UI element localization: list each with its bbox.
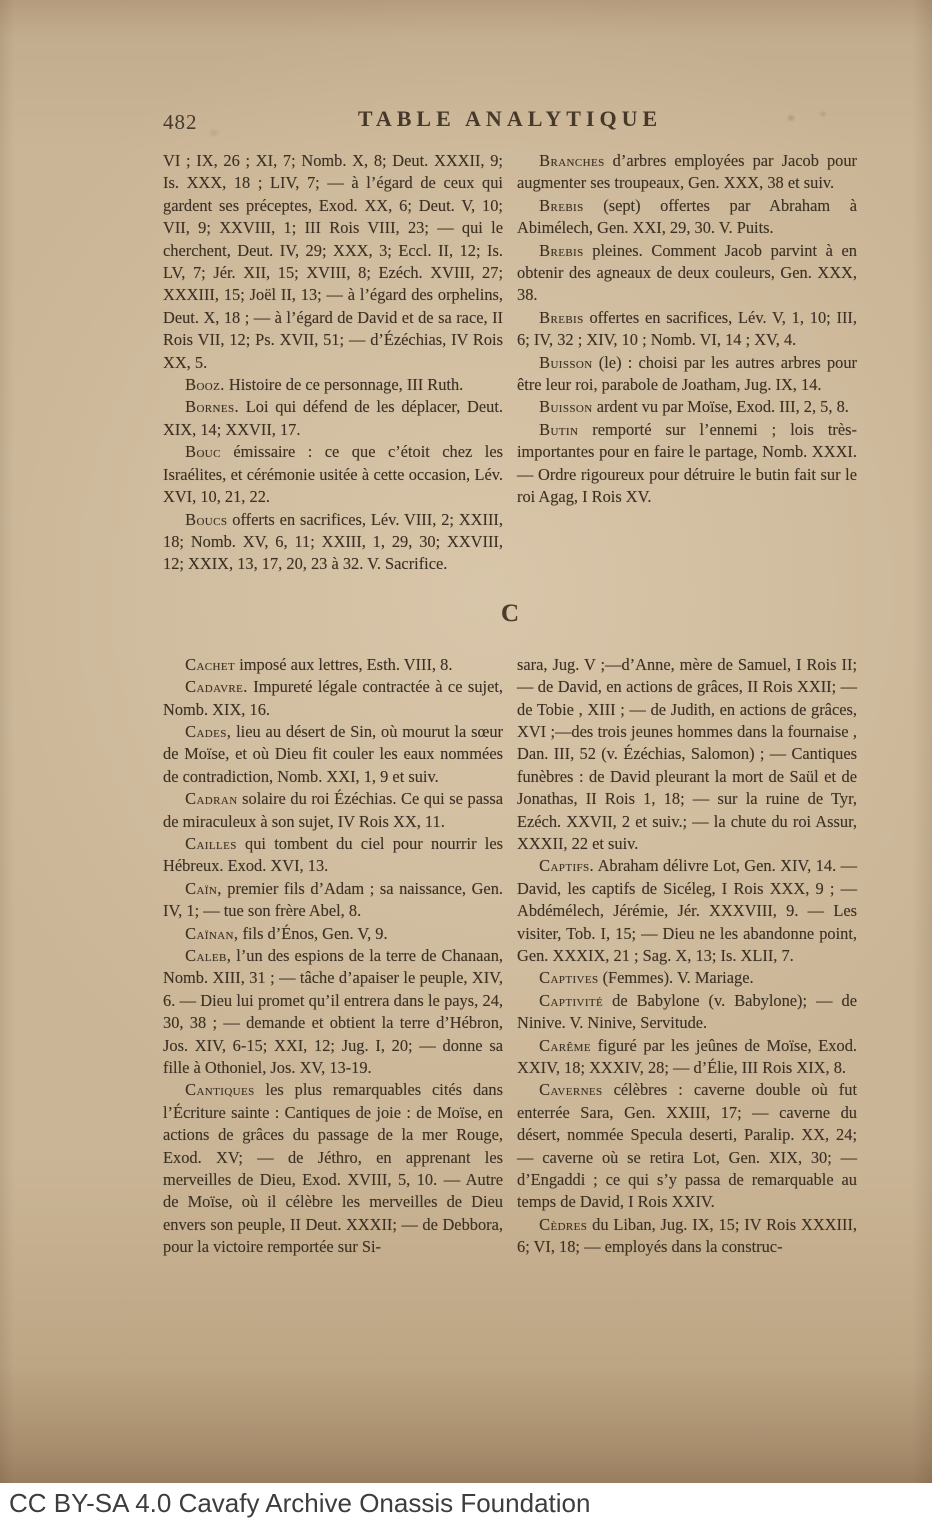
entry-headword: Cadran [185, 789, 237, 808]
entry-headword: Cèdres [539, 1215, 587, 1234]
page-title: TABLE ANALYTIQUE [163, 106, 857, 132]
index-entry: Captifs. Abraham délivre Lot, Gen. XIV, … [517, 855, 857, 967]
index-entry: Buisson (le) : choisi par les autres arb… [517, 352, 857, 397]
scanned-book-page: 482 TABLE ANALYTIQUE VI ; IX, 26 ; XI, 7… [0, 0, 932, 1524]
index-entry: Boucs offerts en sacrifices, Lév. VIII, … [163, 509, 503, 576]
entry-headword: Cadavre. [185, 677, 248, 696]
entry-headword: Booz. [185, 375, 225, 394]
entry-headword: Buisson [539, 353, 592, 372]
entry-headword: Boucs [185, 510, 227, 529]
entry-text: Histoire de ce personnage, III Ruth. [225, 375, 464, 394]
entry-headword: Caïnan, [185, 924, 238, 943]
license-footer: CC BY-SA 4.0 Cavafy Archive Onassis Foun… [0, 1483, 932, 1524]
index-entry: Brebis (sept) offertes par Abraham à Abi… [517, 195, 857, 240]
entry-headword: Cailles [185, 834, 237, 853]
index-entry: Cadavre. Impureté légale contractée à ce… [163, 676, 503, 721]
index-entry: Booz. Histoire de ce personnage, III Rut… [163, 374, 503, 396]
entry-headword: Carême [539, 1036, 591, 1055]
license-text: CC BY-SA 4.0 Cavafy Archive Onassis Foun… [0, 1488, 590, 1519]
index-entry: sara, Jug. V ;—d’Anne, mère de Samuel, I… [517, 654, 857, 856]
entry-text: VI ; IX, 26 ; XI, 7; Nomb. X, 8; Deut. X… [163, 151, 503, 372]
index-column-right: Branches d’arbres employées par Jacob po… [517, 150, 857, 576]
entry-headword: Caïn, [185, 879, 222, 898]
index-column-left: VI ; IX, 26 ; XI, 7; Nomb. X, 8; Deut. X… [163, 150, 503, 576]
index-entry: Brebis offertes en sacrifices, Lév. V, 1… [517, 307, 857, 352]
section-c-columns: Cachet imposé aux lettres, Esth. VIII, 8… [163, 654, 857, 1259]
entry-headword: Brebis [539, 196, 584, 215]
entry-headword: Cades, [185, 722, 231, 741]
entry-headword: Caleb, [185, 946, 231, 965]
entry-headword: Butin [539, 420, 578, 439]
page-header: 482 TABLE ANALYTIQUE [163, 104, 857, 138]
section-b-columns: VI ; IX, 26 ; XI, 7; Nomb. X, 8; Deut. X… [163, 150, 857, 576]
entry-text: l’un des espions de la terre de Chanaan,… [163, 946, 503, 1077]
entry-headword: Buisson [539, 397, 592, 416]
entry-headword: Branches [539, 151, 604, 170]
entry-text: imposé aux lettres, Esth. VIII, 8. [235, 655, 452, 674]
index-entry: Cèdres du Liban, Jug. IX, 15; IV Rois XX… [517, 1214, 857, 1259]
entry-headword: Captives [539, 968, 598, 987]
entry-text: célèbres : caverne double où fut enterré… [517, 1080, 857, 1211]
index-entry: Bouc émissaire : ce que c’étoit chez les… [163, 441, 503, 508]
index-entry: Buisson ardent vu par Moïse, Exod. III, … [517, 396, 857, 418]
entry-headword: Bouc [185, 442, 221, 461]
section-letter-heading: C [163, 600, 857, 628]
index-entry: Cades, lieu au désert de Sin, où mourut … [163, 721, 503, 788]
entry-text: (Femmes). V. Mariage. [598, 968, 753, 987]
entry-text: fils d’Énos, Gen. V, 9. [238, 924, 387, 943]
index-entry: Cadran solaire du roi Ézéchias. Ce qui s… [163, 788, 503, 833]
entry-headword: Bornes. [185, 397, 239, 416]
entry-headword: Cachet [185, 655, 235, 674]
entry-headword: Cantiques [185, 1080, 255, 1099]
index-entry: Bornes. Loi qui défend de les déplacer, … [163, 396, 503, 441]
index-entry: Cachet imposé aux lettres, Esth. VIII, 8… [163, 654, 503, 676]
index-entry: VI ; IX, 26 ; XI, 7; Nomb. X, 8; Deut. X… [163, 150, 503, 374]
entry-headword: Captivité [539, 991, 603, 1010]
index-entry: Brebis pleines. Comment Jacob parvint à … [517, 240, 857, 307]
index-entry: Butin remporté sur l’ennemi ; lois très-… [517, 419, 857, 509]
index-entry: Captives (Femmes). V. Mariage. [517, 967, 857, 989]
page-content: 482 TABLE ANALYTIQUE VI ; IX, 26 ; XI, 7… [163, 104, 857, 1259]
entry-text: ardent vu par Moïse, Exod. III, 2, 5, 8. [593, 397, 849, 416]
entry-headword: Brebis [539, 308, 584, 327]
entry-headword: Captifs. [539, 856, 594, 875]
index-entry: Cantiques les plus remarquables cités da… [163, 1079, 503, 1258]
index-entry: Caïn, premier fils d’Adam ; sa naissance… [163, 878, 503, 923]
index-entry: Captivité de Babylone (v. Babylone); — d… [517, 990, 857, 1035]
entry-headword: Cavernes [539, 1080, 602, 1099]
entry-text: sara, Jug. V ;—d’Anne, mère de Samuel, I… [517, 655, 857, 853]
index-entry: Cailles qui tombent du ciel pour nourrir… [163, 833, 503, 878]
index-entry: Cavernes célèbres : caverne double où fu… [517, 1079, 857, 1213]
index-column-left: Cachet imposé aux lettres, Esth. VIII, 8… [163, 654, 503, 1259]
index-entry: Caïnan, fils d’Énos, Gen. V, 9. [163, 923, 503, 945]
index-entry: Carême figuré par les jeûnes de Moïse, E… [517, 1035, 857, 1080]
index-entry: Caleb, l’un des espions de la terre de C… [163, 945, 503, 1079]
entry-text: les plus remarquables cités dans l’Écrit… [163, 1080, 503, 1256]
entry-headword: Brebis [539, 241, 584, 260]
paper-background: 482 TABLE ANALYTIQUE VI ; IX, 26 ; XI, 7… [0, 0, 932, 1483]
index-column-right: sara, Jug. V ;—d’Anne, mère de Samuel, I… [517, 654, 857, 1259]
index-entry: Branches d’arbres employées par Jacob po… [517, 150, 857, 195]
